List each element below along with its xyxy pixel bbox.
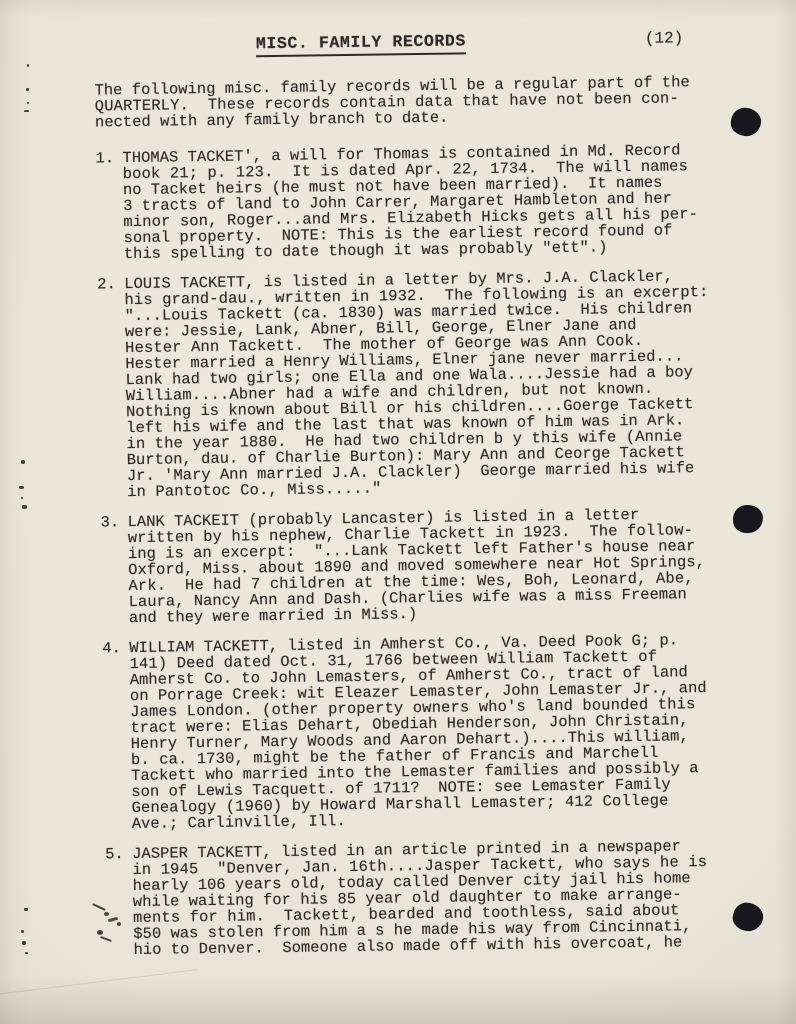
ink-speckle-mark <box>21 930 24 933</box>
record-item-number: 3. <box>100 514 119 530</box>
record-item: 1.THOMAS TACKET', a will for Thomas is c… <box>95 142 708 263</box>
ink-speckle-mark <box>25 952 28 954</box>
ink-smudge-mark <box>104 912 109 916</box>
ink-speckle-mark <box>21 497 23 499</box>
document-page: MISC. FAMILY RECORDS (12) The following … <box>0 0 796 1024</box>
record-item-number: 4. <box>102 640 121 656</box>
ink-smudge-mark <box>97 930 103 935</box>
page-title: MISC. FAMILY RECORDS <box>256 31 466 57</box>
ink-speckle-mark <box>19 486 24 489</box>
ink-smudge-mark <box>117 922 121 926</box>
record-item: 2.LOUIS TACKETT, is listed in a letter b… <box>97 268 711 501</box>
record-item: 3.LANK TACKEIT (probably Lancaster) is l… <box>100 506 713 627</box>
ink-speckle-mark <box>22 505 27 509</box>
ink-speckle-mark <box>27 64 29 67</box>
typewritten-content: MISC. FAMILY RECORDS (12) The following … <box>0 0 796 1024</box>
records-list: 1.THOMAS TACKET', a will for Thomas is c… <box>95 142 718 972</box>
record-item-number: 1. <box>95 150 114 166</box>
intro-paragraph: The following misc. family records will … <box>94 74 690 130</box>
ink-speckle-mark <box>27 102 29 104</box>
ink-speckle-mark <box>24 908 28 911</box>
record-item: 4.WILLIAM TACKETT, listed in Amherst Co.… <box>102 632 716 833</box>
ink-speckle-mark <box>26 88 29 91</box>
ink-speckle-mark <box>22 941 26 945</box>
record-item-number: 5. <box>105 846 124 862</box>
ink-speckle-mark <box>24 110 29 112</box>
page-number: (12) <box>645 29 684 48</box>
record-item-number: 2. <box>97 276 116 292</box>
ink-speckle-mark <box>21 460 25 464</box>
record-item: 5.JASPER TACKETT, listed in an article p… <box>105 838 718 959</box>
